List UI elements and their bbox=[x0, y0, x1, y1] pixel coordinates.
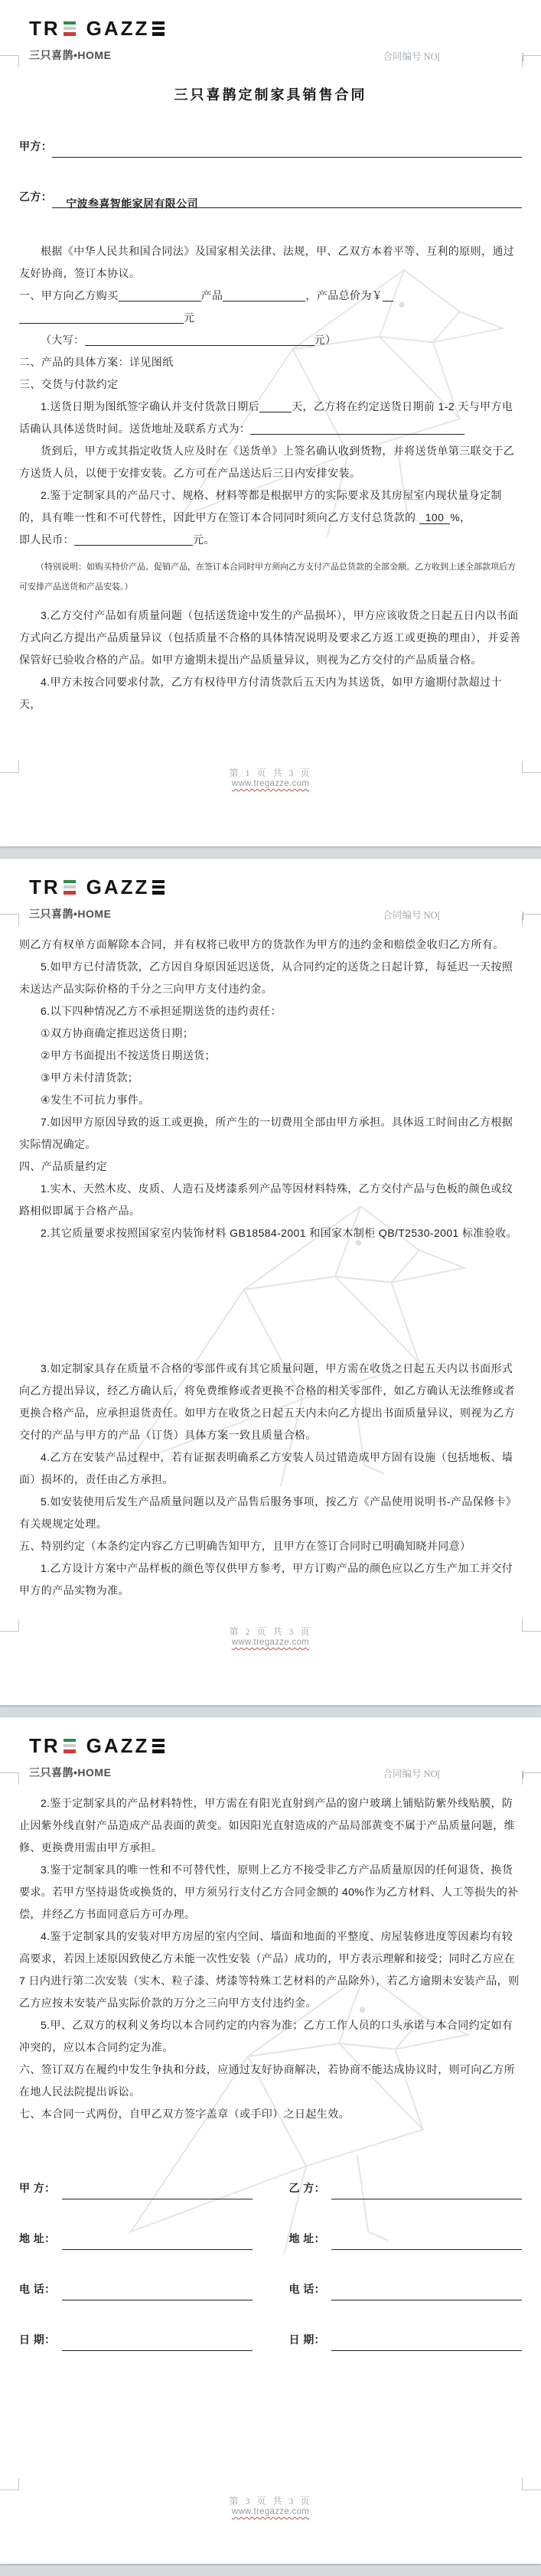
quality-item-3: 3.如定制家具存在质量不合格的零部件或有其它质量问题，甲方需在收货之日起五天内以… bbox=[19, 1358, 522, 1446]
crop-mark bbox=[0, 55, 19, 67]
special-item-1: 1.乙方设计方案中产品样板的颜色等仅供甲方参考，甲方订购产品的颜色应以乙方生产加… bbox=[19, 1557, 522, 1602]
clause-price-line: 一、甲方向乙方购买产品，产品总价为￥ bbox=[19, 285, 522, 307]
logo-letters-tr: TR bbox=[29, 18, 60, 38]
crop-mark bbox=[522, 761, 541, 773]
crop-mark bbox=[522, 55, 541, 67]
clause-overdue-payment: 4.甲方未按合同要求付款，乙方有权待甲方付清货款后五天内为其送货，如甲方逾期付款… bbox=[19, 671, 522, 716]
crop-mark bbox=[0, 914, 19, 926]
exemption-item-1: ①双方协商确定推迟送货日期； bbox=[19, 1022, 522, 1045]
signature-party-b-label: 乙 方： bbox=[289, 2177, 326, 2199]
brand-logo: TR GAZZ bbox=[29, 877, 524, 897]
phone-a-blank[interactable] bbox=[62, 2285, 253, 2300]
exemption-item-4: ④发生不可抗力事件。 bbox=[19, 1089, 522, 1111]
blank-field[interactable] bbox=[383, 286, 393, 302]
clause-price-line2: 元 bbox=[19, 307, 522, 329]
percent-value: 100 bbox=[419, 511, 451, 524]
phone-b-label: 电 话： bbox=[289, 2278, 326, 2300]
exemption-item-3: ③甲方未付清货款； bbox=[19, 1067, 522, 1089]
quality-item-2: 2.其它质量要求按照国家室内装饰材料 GB18584-2001 和国家木制柜 Q… bbox=[19, 1222, 522, 1244]
page-footer: 第 1 页 共 3 页 www.tregazze.com bbox=[0, 766, 541, 788]
clause-section-2: 二、产品的具体方案：详见图纸 bbox=[19, 351, 522, 373]
blank-field[interactable] bbox=[19, 308, 184, 324]
crop-mark bbox=[522, 1619, 541, 1632]
quality-item-5: 5.如安装使用后发生产品质量问题以及产品售后服务事项，按乙方《产品使用说明书-产… bbox=[19, 1491, 522, 1535]
clause-delivery: 1.送货日期为图纸签字确认并支付货款日期后天，乙方将在约定送货日期前 1-2 天… bbox=[19, 396, 522, 440]
date-b-blank[interactable] bbox=[331, 2336, 522, 2351]
party-a-blank[interactable] bbox=[52, 142, 522, 158]
logo-letters-tr: TR bbox=[29, 877, 60, 897]
page-number: 第 2 页 共 3 页 bbox=[0, 1625, 541, 1638]
address-a-blank[interactable] bbox=[62, 2235, 253, 2250]
date-a-label: 日 期： bbox=[19, 2329, 56, 2351]
website-url: www.tregazze.com bbox=[0, 1638, 541, 1647]
crop-mark bbox=[522, 2478, 541, 2490]
brand-subtitle: 三只喜鹊•HOME bbox=[29, 47, 111, 63]
party-b-blank[interactable]: 宁波叁喜智能家居有限公司 bbox=[52, 193, 522, 208]
contract-page-2: TR GAZZ 三只喜鹊•HOME 合同编号 NO[] 则乙方有权单方面解除本合… bbox=[0, 859, 541, 1705]
party-b-row: 乙方： 宁波叁喜智能家居有限公司 bbox=[19, 186, 522, 208]
signature-party-a-label: 甲 方： bbox=[19, 2177, 56, 2199]
blank-field[interactable] bbox=[223, 286, 305, 302]
crop-mark bbox=[0, 2478, 19, 2490]
brand-subtitle: 三只喜鹊•HOME bbox=[29, 906, 111, 921]
date-b-label: 日 期： bbox=[289, 2329, 326, 2351]
address-a-label: 地 址： bbox=[19, 2228, 56, 2250]
crop-mark bbox=[0, 761, 19, 773]
contract-page-1: TR GAZZ 三只喜鹊•HOME 合同编号 NO[] 三只喜鹊定制家具销售合同… bbox=[0, 0, 541, 846]
date-b-row: 日 期： bbox=[289, 2329, 523, 2351]
party-a-row: 甲方： bbox=[19, 135, 522, 158]
blank-field[interactable] bbox=[259, 397, 292, 412]
page-number: 第 3 页 共 3 页 bbox=[0, 2494, 541, 2507]
logo-tricolor-e-icon bbox=[64, 880, 76, 895]
blank-field[interactable] bbox=[85, 331, 314, 346]
signature-party-b-row: 乙 方： bbox=[289, 2177, 523, 2199]
blank-field[interactable] bbox=[250, 419, 464, 435]
clause-quality-objection: 3.乙方交付产品如有质量问题（包括送货途中发生的产品损坏），甲方应该收货之日起五… bbox=[19, 605, 522, 671]
logo-black-e-icon bbox=[152, 21, 165, 36]
party-b-label: 乙方： bbox=[19, 186, 52, 208]
contract-page-3: TR GAZZ 三只喜鹊•HOME 合同编号 NO[] 2.鉴于定制家具的产品材… bbox=[0, 1717, 541, 2564]
page-header: TR GAZZ 三只喜鹊•HOME 合同编号 NO[] bbox=[0, 1717, 541, 1780]
logo-letters-gazz: GAZZ bbox=[86, 877, 150, 897]
special-note: （特别说明：如购买特价产品、促销产品，在签订本合同时甲方须向乙方支付产品总货款的… bbox=[19, 557, 522, 597]
intro-paragraph: 根据《中华人民共和国合同法》及国家相关法律、法规，甲、乙双方本着平等、互利的原则… bbox=[19, 240, 522, 285]
clause-termination: 则乙方有权单方面解除本合同，并有权将已收甲方的货款作为甲方的违约金和赔偿金收归乙… bbox=[19, 934, 522, 956]
page-footer: 第 3 页 共 3 页 www.tregazze.com bbox=[0, 2494, 541, 2516]
address-b-label: 地 址： bbox=[289, 2228, 326, 2250]
blank-field[interactable] bbox=[74, 530, 193, 546]
contract-title: 三只喜鹊定制家具销售合同 bbox=[19, 84, 522, 106]
clause-section-5: 五、特别约定（本条约定内容乙方已明确告知甲方，且甲方在签订合同时已明确知晓并同意… bbox=[19, 1535, 522, 1557]
logo-letters-tr: TR bbox=[29, 1736, 60, 1756]
blank-field[interactable] bbox=[119, 286, 201, 302]
crop-mark bbox=[522, 914, 541, 926]
quality-item-1: 1.实木、天然木皮、皮质、人造石及烤漆系列产品等因材料特殊，乙方交付产品与色板的… bbox=[19, 1178, 522, 1222]
special-item-2: 2.鉴于定制家具的产品材料特性，甲方需在有阳光直射到产品的窗户玻璃上铺贴防紫外线… bbox=[19, 1792, 522, 1859]
clause-section-7: 七、本合同一式两份，自甲乙双方签字盖章（或手印）之日起生效。 bbox=[19, 2103, 522, 2125]
logo-black-e-icon bbox=[152, 1739, 165, 1753]
date-a-row: 日 期： bbox=[19, 2329, 253, 2351]
phone-a-row: 电 话： bbox=[19, 2278, 253, 2300]
logo-tricolor-e-icon bbox=[64, 21, 76, 36]
contract-number-label: 合同编号 NO[] bbox=[383, 908, 524, 921]
clause-section-3: 三、交货与付款约定 bbox=[19, 373, 522, 396]
page-number: 第 1 页 共 3 页 bbox=[0, 766, 541, 779]
signature-party-b-blank[interactable] bbox=[331, 2184, 522, 2199]
clause-receipt: 货到后，甲方或其指定收货人应及时在《送货单》上签名确认收到货物，并将送货单第三联… bbox=[19, 440, 522, 484]
signature-block: 甲 方： 乙 方： 地 址： 地 址： 电 话： 电 话： bbox=[19, 2177, 522, 2351]
page-header: TR GAZZ 三只喜鹊•HOME 合同编号 NO[] bbox=[0, 859, 541, 921]
page-header: TR GAZZ 三只喜鹊•HOME 合同编号 NO[] bbox=[0, 0, 541, 63]
logo-letters-gazz: GAZZ bbox=[86, 18, 150, 38]
page-footer: 第 2 页 共 3 页 www.tregazze.com bbox=[0, 1625, 541, 1647]
logo-tricolor-e-icon bbox=[64, 1739, 76, 1753]
special-item-3: 3.鉴于定制家具的唯一性和不可替代性，原则上乙方不接受非乙方产品质量原因的任何退… bbox=[19, 1859, 522, 1925]
clause-payment: 2.鉴于定制家具的产品尺寸、规格、材料等都是根据甲方的实际要求及其房屋室内现状量… bbox=[19, 484, 522, 529]
phone-b-blank[interactable] bbox=[331, 2285, 522, 2300]
clause-amount-rmb: 即人民币：元。 bbox=[19, 529, 522, 551]
phone-b-row: 电 话： bbox=[289, 2278, 523, 2300]
special-item-5: 5.甲、乙双方的权利义务均以本合同约定的内容为准；乙方工作人员的口头承诺与本合同… bbox=[19, 2014, 522, 2059]
clause-section-6: 六、签订双方在履约中发生争执和分歧，应通过友好协商解决，若协商不能达成协议时，则… bbox=[19, 2059, 522, 2103]
party-a-label: 甲方： bbox=[19, 135, 52, 158]
logo-letters-gazz: GAZZ bbox=[86, 1736, 150, 1756]
address-b-blank[interactable] bbox=[331, 2235, 522, 2250]
date-a-blank[interactable] bbox=[62, 2336, 253, 2351]
brand-logo: TR GAZZ bbox=[29, 1736, 524, 1756]
logo-black-e-icon bbox=[152, 880, 165, 895]
clause-late-delivery: 5.如甲方已付清货款，乙方因自身原因延迟送货，从合同约定的送货之日起计算，每延迟… bbox=[19, 956, 522, 1000]
contract-number-label: 合同编号 NO[] bbox=[383, 49, 524, 63]
special-item-4: 4.鉴于定制家具的安装对甲方房屋的室内空间、墙面和地面的平整度、房屋装修进度等因… bbox=[19, 1925, 522, 2014]
website-url: www.tregazze.com bbox=[0, 2507, 541, 2516]
crop-mark bbox=[522, 1772, 541, 1785]
clause-rework: 7.如因甲方原因导致的返工或更换，所产生的一切费用全部由甲方承担。具体返工时间由… bbox=[19, 1111, 522, 1156]
party-b-value: 宁波叁喜智能家居有限公司 bbox=[52, 197, 209, 210]
contract-number-label: 合同编号 NO[] bbox=[383, 1766, 524, 1780]
brand-subtitle: 三只喜鹊•HOME bbox=[29, 1765, 111, 1780]
clause-amount-words: （大写：元） bbox=[19, 329, 522, 351]
quality-item-4: 4.乙方在安装产品过程中，若有证据表明确系乙方安装人员过错造成甲方固有设施（包括… bbox=[19, 1446, 522, 1491]
crop-mark bbox=[0, 1619, 19, 1632]
clause-section-4: 四、产品质量约定 bbox=[19, 1156, 522, 1178]
phone-a-label: 电 话： bbox=[19, 2278, 56, 2300]
clause-exemptions: 6.以下四种情况乙方不承担延期送货的违约责任： bbox=[19, 1000, 522, 1022]
exemption-item-2: ②甲方书面提出不按送货日期送货； bbox=[19, 1045, 522, 1067]
signature-party-a-row: 甲 方： bbox=[19, 2177, 253, 2199]
website-url: www.tregazze.com bbox=[0, 779, 541, 788]
address-b-row: 地 址： bbox=[289, 2228, 523, 2250]
brand-logo: TR GAZZ bbox=[29, 18, 524, 38]
address-a-row: 地 址： bbox=[19, 2228, 253, 2250]
signature-party-a-blank[interactable] bbox=[62, 2184, 253, 2199]
crop-mark bbox=[0, 1772, 19, 1785]
